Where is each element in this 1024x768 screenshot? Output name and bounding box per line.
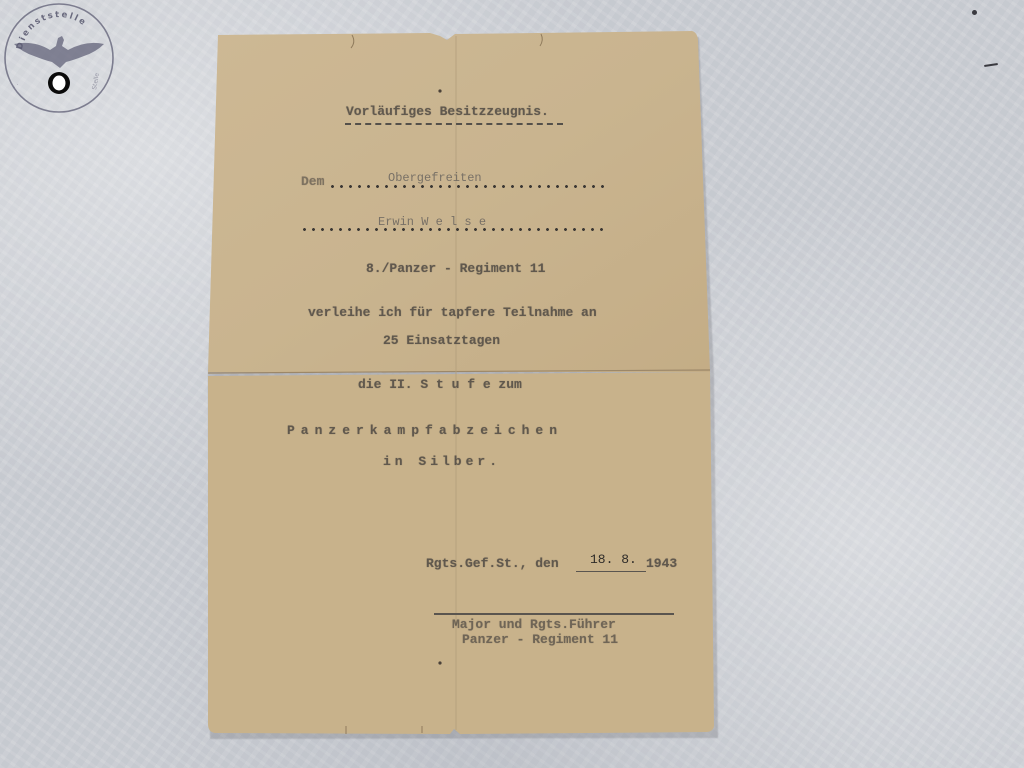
signature-line: [434, 613, 674, 615]
date-underline: [576, 571, 646, 572]
recipient-prefix: Dem: [301, 174, 324, 189]
recipient-rank: Obergefreiten: [388, 171, 482, 185]
recipient-name: Erwin W e l s e: [378, 215, 486, 229]
place-label: Rgts.Gef.St., den: [426, 556, 559, 571]
award-sentence-2: 25 Einsatztagen: [383, 333, 500, 348]
award-class: in Silber.: [383, 454, 501, 469]
award-grade: die II. S t u f e zum: [358, 377, 522, 392]
certificate-document: Vorläufiges Besitzzeugnis. Dem Obergefre…: [0, 0, 1024, 768]
official-stamp: Dienststelle . . Stelle: [0, 0, 118, 115]
svg-text:. .: . .: [11, 80, 20, 89]
rank-dotted-line: [328, 185, 608, 188]
emblem-icon: [48, 72, 70, 94]
award-sentence-1: verleihe ich für tapfere Teilnahme an: [308, 305, 597, 320]
recipient-unit: 8./Panzer - Regiment 11: [366, 261, 545, 276]
svg-text:Stelle: Stelle: [91, 72, 101, 90]
signatory-unit: Panzer - Regiment 11: [462, 632, 618, 647]
award-name: Panzerkampfabzeichen: [287, 423, 563, 438]
award-year: 1943: [646, 556, 677, 571]
document-title: Vorläufiges Besitzzeugnis.: [346, 104, 549, 119]
title-underline: [345, 123, 563, 125]
award-date: 18. 8.: [590, 552, 637, 567]
signatory-title: Major und Rgts.Führer: [452, 617, 616, 632]
